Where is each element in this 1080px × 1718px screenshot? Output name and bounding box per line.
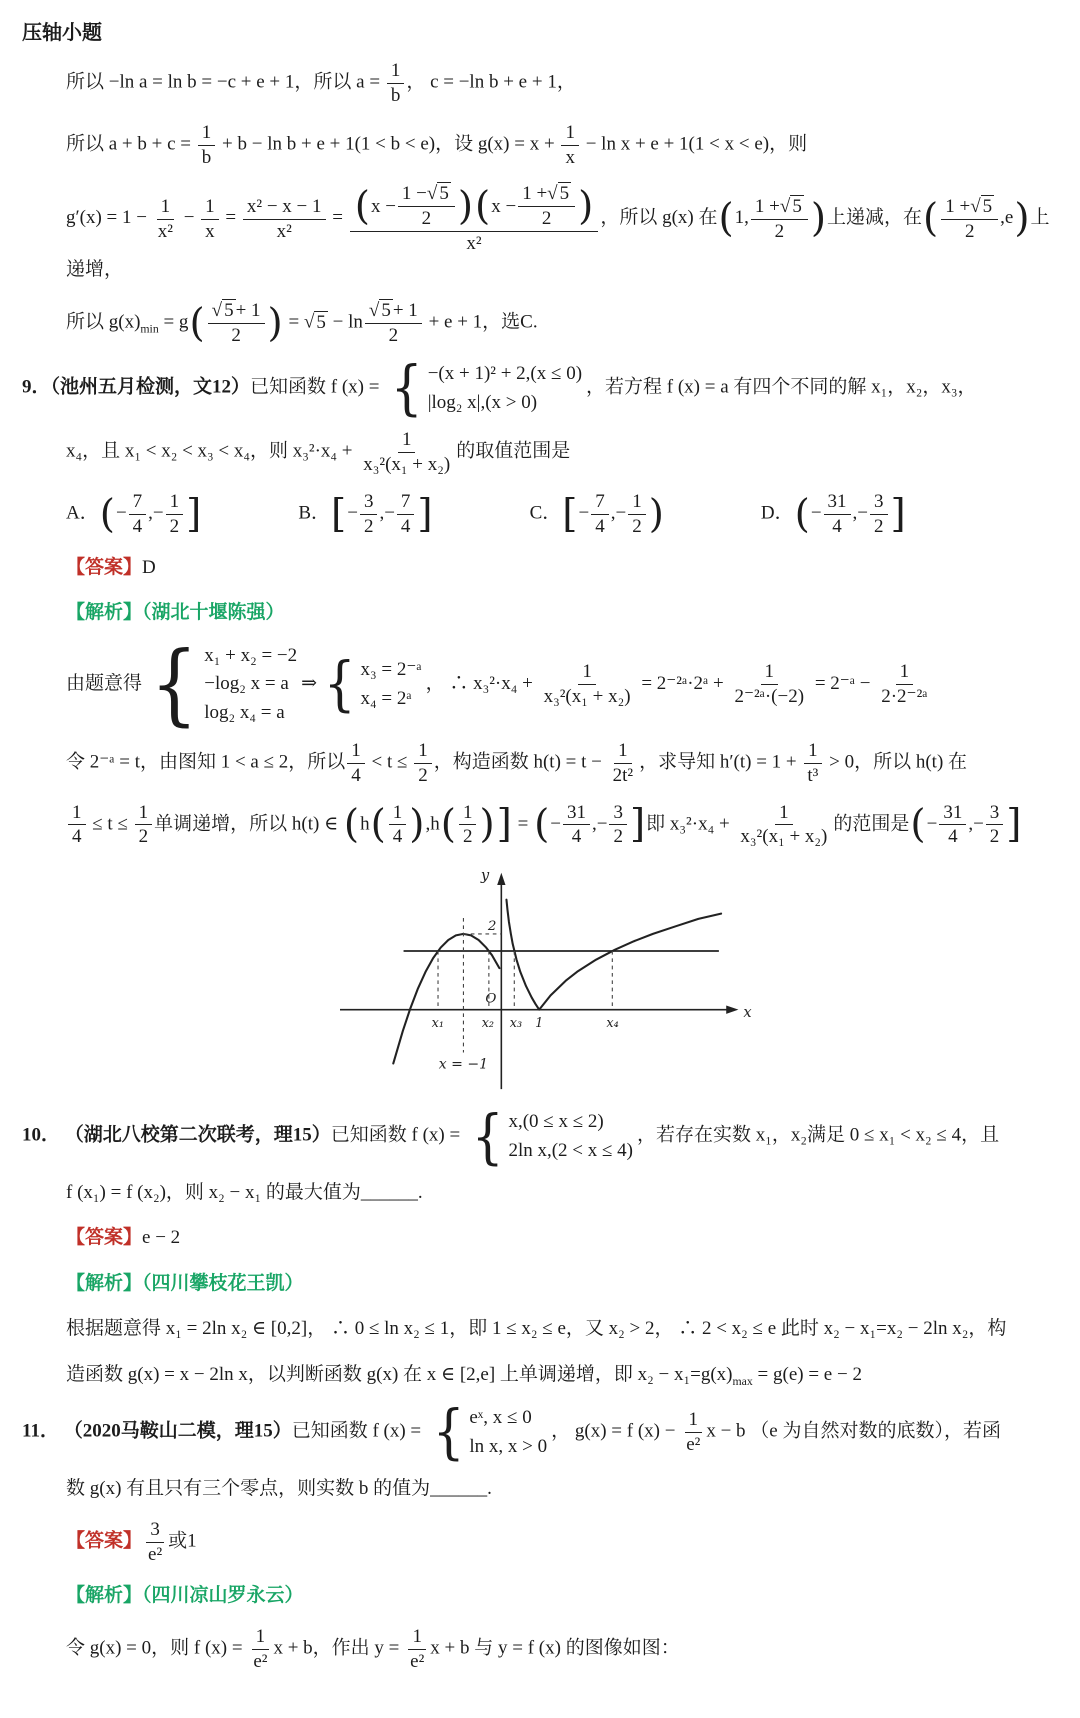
- label-origin: O: [485, 992, 496, 1007]
- math-line: 数 g(x) 有且只有三个零点，则实数 b 的值为______.: [66, 1474, 1054, 1504]
- label-one: 1: [535, 1016, 543, 1031]
- page-title: 压轴小题: [22, 16, 1054, 45]
- math-line: 【解析】（四川攀枝花王凯）: [66, 1269, 1054, 1299]
- label-x-equals-neg1: x = −1: [439, 1057, 488, 1073]
- label-x1: x₁: [432, 1016, 444, 1031]
- math-line: 【答案】D: [66, 553, 1054, 583]
- math-line: 9．（池州五月检测，文12）已知函数 f (x) = {−(x + 1)² + …: [22, 362, 1054, 415]
- math-line: 造函数 g(x) = x − 2ln x，以判断函数 g(x) 在 x ∈ [2…: [66, 1360, 1054, 1392]
- math-line: 根据题意得 x₁ = 2ln x₂ ∈ [0,2]， ∴ 0 ≤ ln x₂ ≤…: [66, 1314, 1054, 1344]
- math-line: 所以 −ln a = ln b = −c + e + 1，所以 a = 1b， …: [66, 60, 1054, 107]
- document-content: 所以 −ln a = ln b = −c + e + 1，所以 a = 1b， …: [22, 60, 1054, 1673]
- math-line: 【解析】（湖北十堰陈强）: [66, 598, 1054, 628]
- math-line: 所以 a + b + c = 1b + b − ln b + e + 1(1 <…: [66, 122, 1054, 169]
- label-x4: x₄: [606, 1016, 618, 1031]
- math-line: 【解析】（四川凉山罗永云）: [66, 1581, 1054, 1611]
- label-x3: x₃: [510, 1016, 522, 1031]
- math-line: 所以 g(x)min = g(√5 + 12) = √5 − ln√5 + 12…: [66, 300, 1054, 347]
- label-y-axis: y: [480, 867, 490, 884]
- label-two: 2: [487, 919, 497, 934]
- label-x-axis: x: [743, 1004, 752, 1021]
- math-line: g′(x) = 1 − 1x² − 1x = x² − x − 1x² = (x…: [66, 183, 1054, 285]
- math-line: 令 2⁻ᵃ = t，由图知 1 < a ≤ 2，所以14 < t ≤ 12，构造…: [66, 740, 1054, 787]
- parabola-curve: [393, 934, 499, 1064]
- log-curve: [506, 900, 721, 1010]
- math-line: 【答案】3e²或1: [66, 1519, 1054, 1566]
- x-axis-arrow: [726, 1006, 738, 1014]
- math-line: 14 ≤ t ≤ 12单调递增，所以 h(t) ∈ (h(14),h(12)] …: [66, 802, 1054, 849]
- math-line: 【答案】e − 2: [66, 1223, 1054, 1253]
- math-line: f (x₁) = f (x₂)，则 x₂ − x₁ 的最大值为______.: [66, 1178, 1054, 1208]
- math-line: x₄，且 x₁ < x₂ < x₃ < x₄，则 x₃²·x₄ + 1x₃²(x…: [66, 429, 1054, 476]
- function-graph-figure: y x O 2 x₁ x₂ x₃ 1 x₄ x = −1: [318, 863, 758, 1095]
- math-line: A．(−74,−12]B．[−32,−74]C．[−74,−12)D．(−314…: [66, 491, 1054, 538]
- math-line: 11． （2020马鞍山二模，理15）已知函数 f (x) = {eˣ, x ≤…: [22, 1406, 1054, 1459]
- math-line: 10． （湖北八校第二次联考，理15）已知函数 f (x) = {x,(0 ≤ …: [22, 1110, 1054, 1163]
- label-x2: x₂: [482, 1016, 494, 1031]
- math-line: 由题意得{x₁ + x₂ = −2−log₂ x = alog₂ x₄ = a⇒…: [66, 644, 1054, 725]
- math-line: 令 g(x) = 0，则 f (x) = 1e²x + b，作出 y = 1e²…: [66, 1626, 1054, 1673]
- y-axis-arrow: [497, 873, 505, 885]
- document-page: 压轴小题 所以 −ln a = ln b = −c + e + 1，所以 a =…: [0, 0, 1080, 1718]
